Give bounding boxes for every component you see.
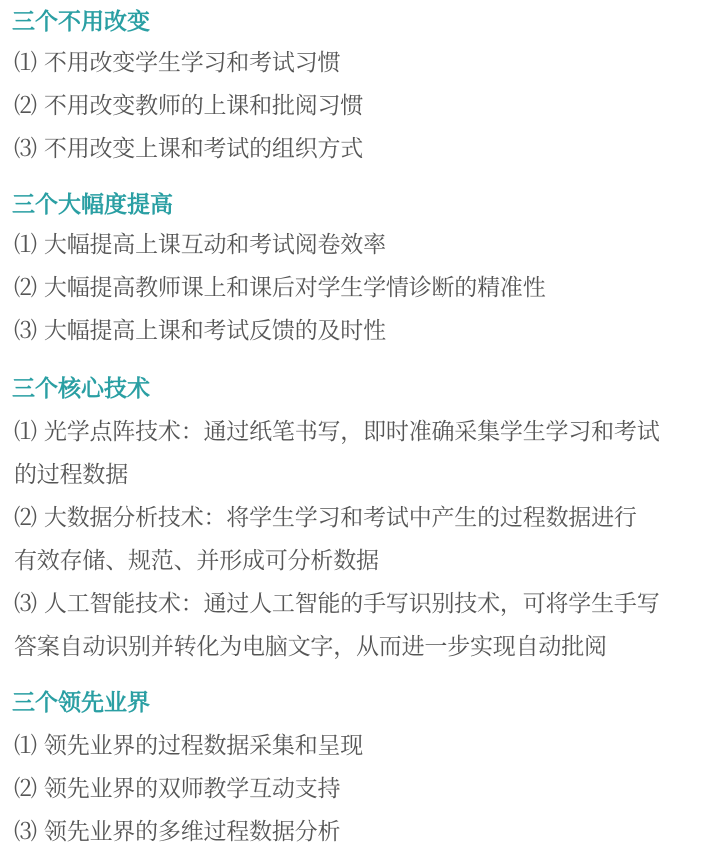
list-item: ⑴ 光学点阵技术：通过纸笔书写，即时准确采集学生学习和考试 — [14, 417, 660, 447]
list-item: ⑵ 大数据分析技术：将学生学习和考试中产生的过程数据进行 — [14, 503, 637, 533]
heading-2: 三个大幅度提高 — [12, 190, 173, 220]
list-item: ⑴ 不用改变学生学习和考试习惯 — [14, 48, 340, 78]
list-item: ⑴ 领先业界的过程数据采集和呈现 — [14, 731, 363, 761]
list-item: ⑵ 不用改变教师的上课和批阅习惯 — [14, 91, 363, 121]
list-item: ⑵ 大幅提高教师课上和课后对学生学情诊断的精准性 — [14, 273, 546, 303]
list-item: ⑶ 大幅提高上课和考试反馈的及时性 — [14, 316, 386, 346]
list-item: ⑶ 领先业界的多维过程数据分析 — [14, 817, 340, 847]
heading-3: 三个核心技术 — [12, 374, 150, 404]
list-item: ⑶ 人工智能技术：通过人工智能的手写识别技术，可将学生手写 — [14, 589, 660, 619]
list-item: 答案自动识别并转化为电脑文字，从而进一步实现自动批阅 — [14, 632, 607, 662]
heading-4: 三个领先业界 — [12, 688, 150, 718]
heading-1: 三个不用改变 — [12, 7, 150, 37]
list-item: 的过程数据 — [14, 460, 128, 490]
list-item: 有效存储、规范、并形成可分析数据 — [14, 546, 379, 576]
list-item: ⑴ 大幅提高上课互动和考试阅卷效率 — [14, 230, 386, 260]
list-item: ⑶ 不用改变上课和考试的组织方式 — [14, 134, 363, 164]
list-item: ⑵ 领先业界的双师教学互动支持 — [14, 774, 340, 804]
